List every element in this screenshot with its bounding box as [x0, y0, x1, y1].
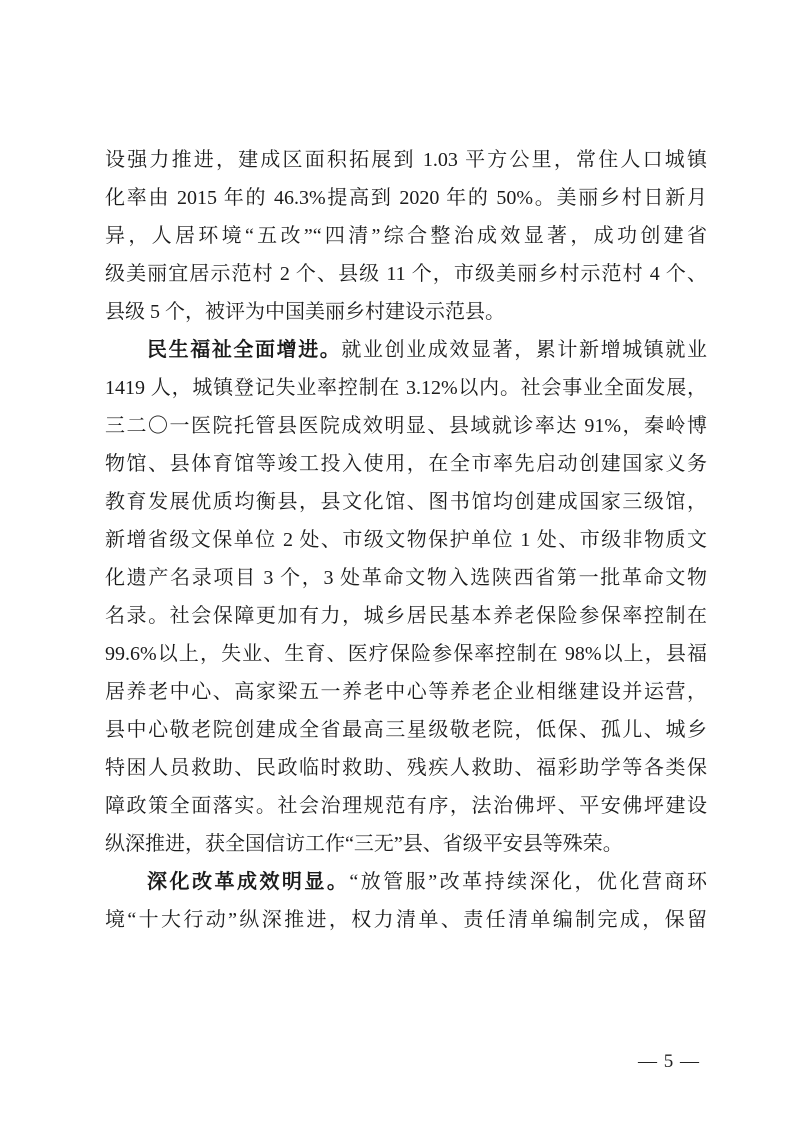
line-text: 化率由 2015 年的 46.3%提高到 2020 年的 50%。美丽乡村日新月 — [105, 187, 707, 209]
text-line: 障政策全面落实。社会治理规范有序，法治佛坪、平安佛坪建设 — [105, 787, 707, 825]
line-text: 就业创业成效显著，累计新增城镇就业 — [341, 339, 707, 361]
line-text: 设强力推进，建成区面积拓展到 1.03 平方公里，常住人口城镇 — [105, 149, 707, 171]
text-line: 三二〇一医院托管县医院成效明显、县域就诊率达 91%，秦岭博 — [105, 407, 707, 445]
text-line: 异，人居环境“五改”“四清”综合整治成效显著，成功创建省 — [105, 217, 707, 255]
line-text: 级美丽宜居示范村 2 个、县级 11 个，市级美丽乡村示范村 4 个、 — [105, 263, 707, 285]
text-line: 化遗产名录项目 3 个，3 处革命文物入选陕西省第一批革命文物 — [105, 559, 707, 597]
text-line: 物馆、县体育馆等竣工投入使用，在全市率先启动创建国家义务 — [105, 445, 707, 483]
text-line: 特困人员救助、民政临时救助、残疾人救助、福彩助学等各类保 — [105, 749, 707, 787]
line-text: 物馆、县体育馆等竣工投入使用，在全市率先启动创建国家义务 — [105, 453, 707, 475]
line-text: 障政策全面落实。社会治理规范有序，法治佛坪、平安佛坪建设 — [105, 795, 707, 817]
line-text: 县级 5 个，被评为中国美丽乡村建设示范县。 — [105, 301, 505, 323]
text-line: 教育发展优质均衡县，县文化馆、图书馆均创建成国家三级馆， — [105, 483, 707, 521]
text-line: 纵深推进，获全国信访工作“三无”县、省级平安县等殊荣。 — [105, 825, 707, 863]
line-text: 教育发展优质均衡县，县文化馆、图书馆均创建成国家三级馆， — [105, 491, 707, 513]
bold-lead: 民生福祉全面增进。 — [147, 339, 341, 361]
text-line: 县中心敬老院创建成全省最高三星级敬老院，低保、孤儿、城乡 — [105, 711, 707, 749]
text-line: 1419 人，城镇登记失业率控制在 3.12%以内。社会事业全面发展， — [105, 369, 707, 407]
line-text: “放管服”改革持续深化，优化营商环 — [349, 871, 707, 893]
text-line: 99.6%以上，失业、生育、医疗保险参保率控制在 98%以上，县福 — [105, 635, 707, 673]
text-line: 居养老中心、高家梁五一养老中心等养老企业相继建设并运营， — [105, 673, 707, 711]
line-text: 1419 人，城镇登记失业率控制在 3.12%以内。社会事业全面发展， — [105, 377, 707, 399]
line-text: 特困人员救助、民政临时救助、残疾人救助、福彩助学等各类保 — [105, 757, 707, 779]
document-body: 设强力推进，建成区面积拓展到 1.03 平方公里，常住人口城镇 化率由 2015… — [105, 141, 707, 939]
line-text: 居养老中心、高家梁五一养老中心等养老企业相继建设并运营， — [105, 681, 707, 703]
text-line: 县级 5 个，被评为中国美丽乡村建设示范县。 — [105, 293, 707, 331]
text-line: 新增省级文保单位 2 处、市级文物保护单位 1 处、市级非物质文 — [105, 521, 707, 559]
text-line: 设强力推进，建成区面积拓展到 1.03 平方公里，常住人口城镇 — [105, 141, 707, 179]
bold-lead: 深化改革成效明显。 — [147, 871, 349, 893]
line-text: 县中心敬老院创建成全省最高三星级敬老院，低保、孤儿、城乡 — [105, 719, 707, 741]
text-line: 境“十大行动”纵深推进，权力清单、责任清单编制完成，保留 — [105, 901, 707, 939]
text-line: 级美丽宜居示范村 2 个、县级 11 个，市级美丽乡村示范村 4 个、 — [105, 255, 707, 293]
document-page: 设强力推进，建成区面积拓展到 1.03 平方公里，常住人口城镇 化率由 2015… — [0, 0, 793, 1122]
text-line: 化率由 2015 年的 46.3%提高到 2020 年的 50%。美丽乡村日新月 — [105, 179, 707, 217]
line-text: 99.6%以上，失业、生育、医疗保险参保率控制在 98%以上，县福 — [105, 643, 707, 665]
text-line: 名录。社会保障更加有力，城乡居民基本养老保险参保率控制在 — [105, 597, 707, 635]
line-text: 三二〇一医院托管县医院成效明显、县域就诊率达 91%，秦岭博 — [105, 415, 707, 437]
line-text: 异，人居环境“五改”“四清”综合整治成效显著，成功创建省 — [105, 225, 707, 247]
line-text: 新增省级文保单位 2 处、市级文物保护单位 1 处、市级非物质文 — [105, 529, 707, 551]
line-text: 境“十大行动”纵深推进，权力清单、责任清单编制完成，保留 — [105, 909, 707, 931]
line-text: 化遗产名录项目 3 个，3 处革命文物入选陕西省第一批革命文物 — [105, 567, 707, 589]
page-number: — 5 — — [638, 1051, 728, 1073]
text-line: 深化改革成效明显。“放管服”改革持续深化，优化营商环 — [105, 863, 707, 901]
line-text: 名录。社会保障更加有力，城乡居民基本养老保险参保率控制在 — [105, 605, 707, 627]
text-line: 民生福祉全面增进。就业创业成效显著，累计新增城镇就业 — [105, 331, 707, 369]
line-text: 纵深推进，获全国信访工作“三无”县、省级平安县等殊荣。 — [105, 833, 623, 855]
